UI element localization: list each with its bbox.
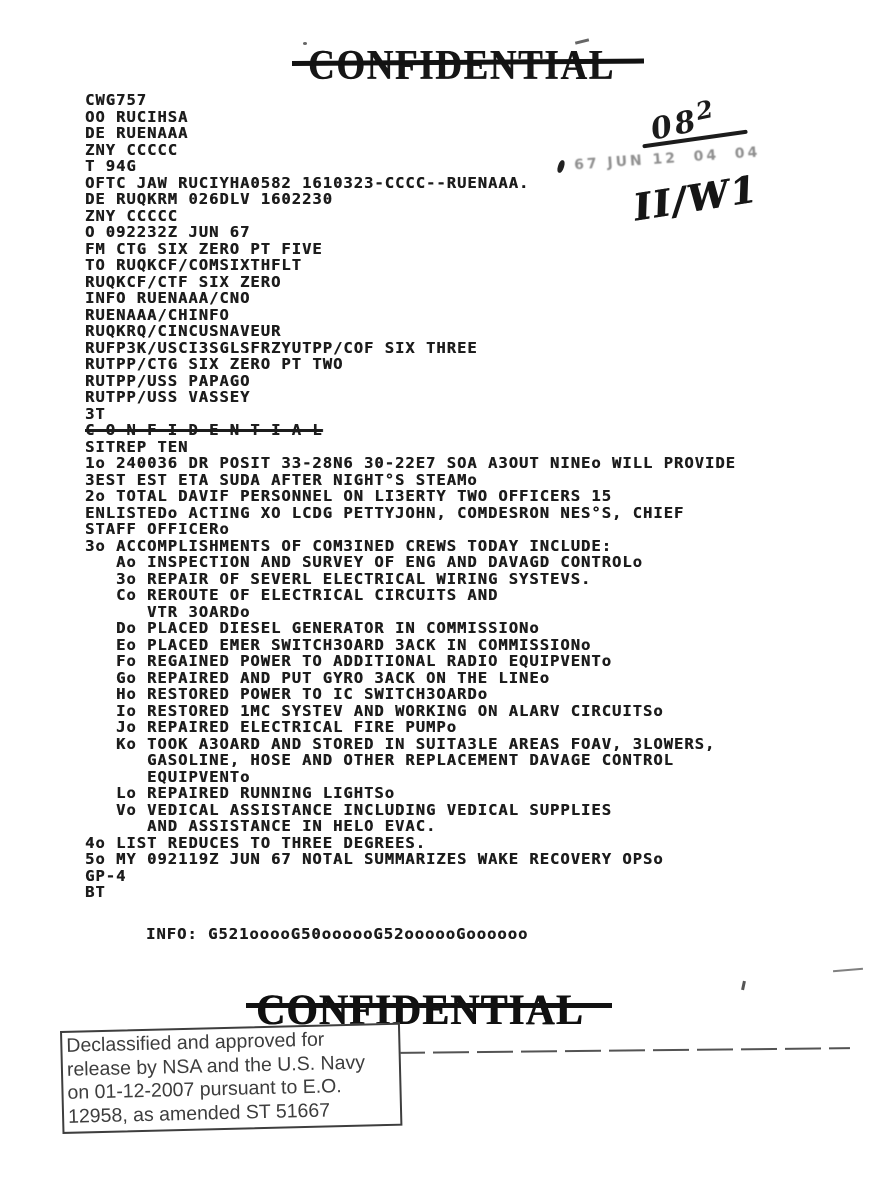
- message-line: 1o 240036 DR POSIT 33-28N6 30-22E7 SOA A…: [85, 455, 805, 472]
- message-line: AND ASSISTANCE IN HELO EVAC.: [85, 818, 805, 835]
- declassification-stamp: Declassified and approved for release by…: [60, 1023, 402, 1134]
- message-line: CWG757: [85, 92, 805, 109]
- message-line: INFO RUENAAA/CNO: [85, 290, 805, 307]
- message-line: ZNY CCCCC: [85, 208, 805, 225]
- message-line: O 092232Z JUN 67: [85, 224, 805, 241]
- message-line: 3T: [85, 406, 805, 423]
- message-line: Eo PLACED EMER SWITCH3OARD 3ACK IN COMMI…: [85, 637, 805, 654]
- info-distribution-line: INFO: G521ooooG50oooooG52oooooGoooooo: [85, 926, 805, 943]
- classification-strikeout-line-bottom: [246, 1003, 612, 1008]
- scan-speck: [833, 968, 863, 973]
- message-line: 3EST EST ETA SUDA AFTER NIGHT°S STEAMo: [85, 472, 805, 489]
- message-line: Jo REPAIRED ELECTRICAL FIRE PUMPo: [85, 719, 805, 736]
- message-line: 3o ACCOMPLISHMENTS OF COM3INED CREWS TOD…: [85, 538, 805, 555]
- message-line: RUTPP/CTG SIX ZERO PT TWO: [85, 356, 805, 373]
- message-line: RUFP3K/USCI3SGLSFRZYUTPP/COF SIX THREE: [85, 340, 805, 357]
- message-line: STAFF OFFICERo: [85, 521, 805, 538]
- typed-confidential-struck-line: C-O-N-F-I-D-E-N-T-I-A-L: [85, 422, 805, 439]
- message-line: GASOLINE, HOSE AND OTHER REPLACEMENT DAV…: [85, 752, 805, 769]
- message-line: RUQKRQ/CINCUSNAVEUR: [85, 323, 805, 340]
- message-line: 4o LIST REDUCES TO THREE DEGREES.: [85, 835, 805, 852]
- classification-banner-top: CONFIDENTIAL: [308, 45, 615, 87]
- message-body: CWG757OO RUCIHSADE RUENAAAZNY CCCCCT 94G…: [85, 92, 805, 942]
- message-line: Go REPAIRED AND PUT GYRO 3ACK ON THE LIN…: [85, 670, 805, 687]
- message-line: DE RUQKRM 026DLV 1602230: [85, 191, 805, 208]
- message-line: ENLISTEDo ACTING XO LCDG PETTYJOHN, COMD…: [85, 505, 805, 522]
- message-line: Lo REPAIRED RUNNING LIGHTSo: [85, 785, 805, 802]
- scan-speck: [741, 981, 746, 990]
- message-line: 5o MY 092119Z JUN 67 NOTAL SUMMARIZES WA…: [85, 851, 805, 868]
- message-line: T 94G: [85, 158, 805, 175]
- scan-speck: [303, 42, 307, 45]
- message-line: DE RUENAAA: [85, 125, 805, 142]
- message-line: Vo VEDICAL ASSISTANCE INCLUDING VEDICAL …: [85, 802, 805, 819]
- message-line: RUTPP/USS VASSEY: [85, 389, 805, 406]
- message-line: Ko TOOK A3OARD AND STORED IN SUITA3LE AR…: [85, 736, 805, 753]
- message-line: Ho RESTORED POWER TO IC SWITCH3OARDo: [85, 686, 805, 703]
- message-line: Do PLACED DIESEL GENERATOR IN COMMISSION…: [85, 620, 805, 637]
- message-line: TO RUQKCF/COMSIXTHFLT: [85, 257, 805, 274]
- message-line: FM CTG SIX ZERO PT FIVE: [85, 241, 805, 258]
- message-line: Co REROUTE OF ELECTRICAL CIRCUITS AND: [85, 587, 805, 604]
- message-line: RUQKCF/CTF SIX ZERO: [85, 274, 805, 291]
- scan-rule-line: [389, 1047, 850, 1054]
- message-line: ZNY CCCCC: [85, 142, 805, 159]
- message-line: RUTPP/USS PAPAGO: [85, 373, 805, 390]
- message-line: Fo REGAINED POWER TO ADDITIONAL RADIO EQ…: [85, 653, 805, 670]
- message-line: BT: [85, 884, 805, 901]
- scanned-document-page: CONFIDENTIAL 082 67 JUN 12 04 04 II/W1 C…: [0, 0, 877, 1189]
- message-line: RUENAAA/CHINFO: [85, 307, 805, 324]
- message-line: 3o REPAIR OF SEVERL ELECTRICAL WIRING SY…: [85, 571, 805, 588]
- message-line: Ao INSPECTION AND SURVEY OF ENG AND DAVA…: [85, 554, 805, 571]
- message-line: OO RUCIHSA: [85, 109, 805, 126]
- message-line: OFTC JAW RUCIYHA0582 1610323-CCCC--RUENA…: [85, 175, 805, 192]
- message-line: GP-4: [85, 868, 805, 885]
- message-line: Io RESTORED 1MC SYSTEV AND WORKING ON AL…: [85, 703, 805, 720]
- message-line: VTR 3OARDo: [85, 604, 805, 621]
- message-line: 2o TOTAL DAVIF PERSONNEL ON LI3ERTY TWO …: [85, 488, 805, 505]
- message-line: EQUIPVENTo: [85, 769, 805, 786]
- message-line: SITREP TEN: [85, 439, 805, 456]
